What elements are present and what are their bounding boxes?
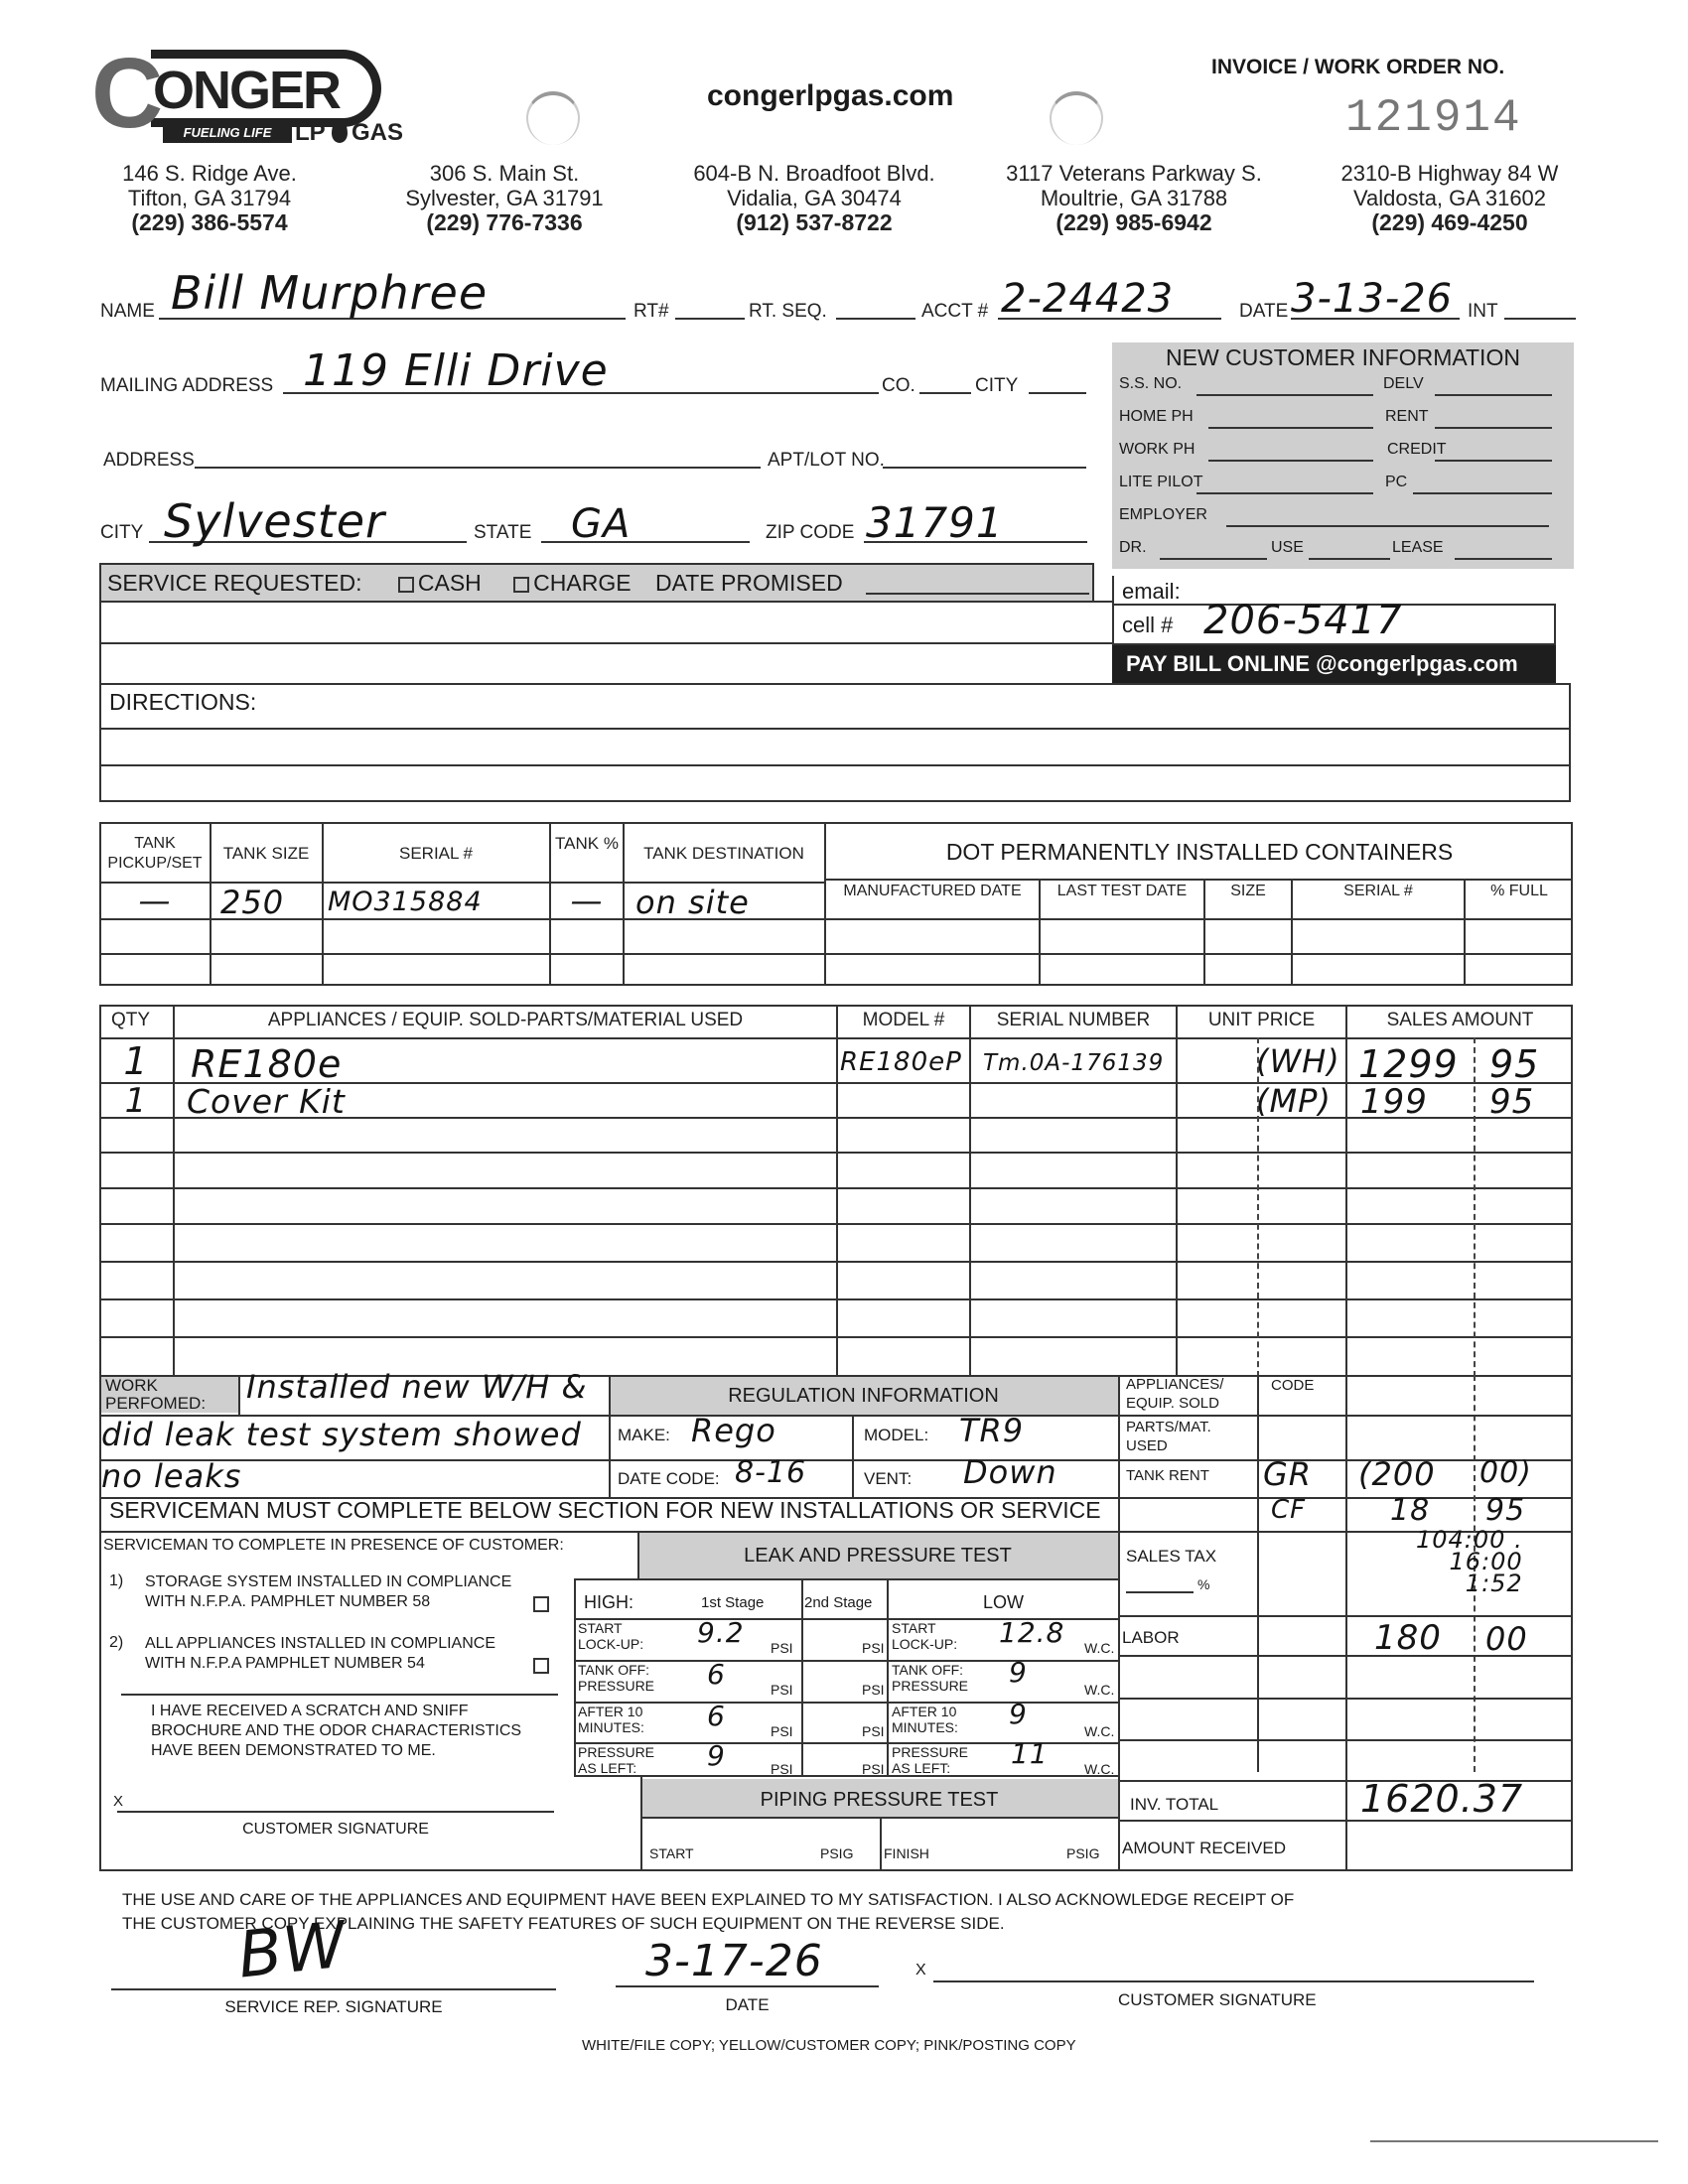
unit-price-header: UNIT PRICE xyxy=(1178,1010,1345,1031)
divider xyxy=(836,1005,838,1377)
divider xyxy=(173,1005,175,1377)
zip-field[interactable]: 31791 xyxy=(866,498,1004,547)
serviceman-notice: SERVICEMAN MUST COMPLETE BELOW SECTION F… xyxy=(109,1497,1101,1524)
location-sylvester: 306 S. Main St. Sylvester, GA 31791 (229… xyxy=(385,161,624,235)
as-left-low-label: PRESSURE AS LEFT: xyxy=(892,1744,981,1776)
lite-pilot-label: LITE PILOT xyxy=(1119,474,1202,491)
city-field[interactable]: Sylvester xyxy=(164,494,385,548)
divider xyxy=(969,1005,971,1377)
item-desc[interactable]: RE180e xyxy=(191,1042,342,1086)
sales-amount-header: SALES AMOUNT xyxy=(1347,1010,1573,1031)
tank-pickup-cell[interactable]: — xyxy=(101,882,209,919)
delv-field[interactable] xyxy=(1435,394,1552,396)
location-street: 2310-B Highway 84 W xyxy=(1321,161,1579,186)
divider xyxy=(99,642,1112,644)
location-valdosta: 2310-B Highway 84 W Valdosta, GA 31602 (… xyxy=(1321,161,1579,235)
compliance-title: SERVICEMAN TO COMPLETE IN PRESENCE OF CU… xyxy=(103,1537,564,1555)
logo-gas: GAS xyxy=(352,121,403,145)
pc-label: PC xyxy=(1385,474,1407,491)
service-requested-row: SERVICE REQUESTED: CASH CHARGE DATE PROM… xyxy=(107,570,843,597)
item-model[interactable]: RE180eP xyxy=(840,1047,962,1077)
qty-header: QTY xyxy=(111,1010,150,1031)
use-label: USE xyxy=(1271,539,1304,557)
customer-signature-label: CUSTOMER SIGNATURE xyxy=(1118,1990,1317,2010)
as-left-low[interactable]: 11 xyxy=(1011,1737,1049,1770)
inv-total-label: INV. TOTAL xyxy=(1130,1795,1218,1815)
dr-field[interactable] xyxy=(1160,558,1267,560)
charge-checkbox[interactable] xyxy=(513,577,529,593)
psig-unit: PSIG xyxy=(1066,1845,1099,1861)
work-performed-label: WORK PERFOMED: xyxy=(105,1377,234,1413)
item-qty[interactable]: 1 xyxy=(99,1081,173,1121)
stage1-label: 1st Stage xyxy=(701,1594,764,1611)
after-10-label: AFTER 10 MINUTES: xyxy=(578,1704,677,1735)
conger-logo: C CONGER ONGER FUELING LIFE LP GAS xyxy=(91,42,429,141)
tank-rent-cents[interactable]: 00) xyxy=(1479,1455,1532,1490)
zip-label: ZIP CODE xyxy=(766,522,854,544)
model-header: MODEL # xyxy=(838,1010,969,1031)
piping-start-label: START xyxy=(649,1845,694,1861)
apt-label: APT/LOT NO. xyxy=(768,450,885,472)
logo-tagline: FUELING LIFE xyxy=(163,123,292,143)
cell-label: cell # xyxy=(1122,613,1173,638)
dashed-divider xyxy=(1474,1037,1476,1377)
name-field[interactable]: Bill Murphree xyxy=(171,266,488,320)
dot-serial-header: SERIAL # xyxy=(1293,883,1464,900)
tank-rent-dollars[interactable]: (200 xyxy=(1358,1455,1436,1493)
compliance-item1-num: 1) xyxy=(109,1572,123,1590)
city-label: CITY xyxy=(100,522,143,544)
amount-received-field[interactable] xyxy=(1350,1827,1569,1866)
tank-serial-cell[interactable]: MO315884 xyxy=(328,887,483,917)
rt-seq-label: RT. SEQ. xyxy=(749,301,827,323)
copies-note: WHITE/FILE COPY; YELLOW/CUSTOMER COPY; P… xyxy=(582,2037,1076,2054)
apt-field[interactable] xyxy=(883,467,1086,469)
dot-mfg-date-header: MANUFACTURED DATE xyxy=(826,883,1039,900)
make-field[interactable]: Rego xyxy=(691,1412,776,1449)
tank-off-label: TANK OFF: PRESSURE xyxy=(578,1662,667,1694)
nfpa58-checkbox[interactable] xyxy=(533,1596,549,1612)
state-label: STATE xyxy=(474,522,531,544)
wc-unit: W.C. xyxy=(1084,1682,1114,1698)
code-label: CODE xyxy=(1271,1377,1314,1394)
amount-received-label: AMOUNT RECEIVED xyxy=(1122,1839,1286,1858)
divider xyxy=(121,1694,558,1696)
flame-icon xyxy=(332,119,348,143)
as-left-label: PRESSURE AS LEFT: xyxy=(578,1744,667,1776)
pay-bill-online-link[interactable]: PAY BILL ONLINE @congerlpgas.com xyxy=(1112,645,1556,683)
divider xyxy=(238,1375,240,1415)
invoice-label: INVOICE / WORK ORDER NO. xyxy=(1211,56,1504,79)
logo-wordmark-visible: ONGER xyxy=(153,64,340,117)
after-10-low-label: AFTER 10 MINUTES: xyxy=(892,1704,991,1735)
credit-label: CREDIT xyxy=(1387,441,1447,459)
service-rep-label: SERVICE REP. SIGNATURE xyxy=(111,1997,556,2017)
binder-hole-icon xyxy=(526,91,580,145)
service-rep-signature[interactable]: BW xyxy=(234,1908,350,1992)
wc-unit: W.C. xyxy=(1084,1640,1114,1656)
item-unit-price[interactable]: (WH) xyxy=(1256,1042,1340,1080)
serial-header: SERIAL NUMBER xyxy=(971,1010,1176,1031)
acct-label: ACCT # xyxy=(921,301,988,323)
scan-edge-line xyxy=(1370,2140,1658,2142)
scratch-sniff-text: I HAVE RECEIVED A SCRATCH AND SNIFF BROC… xyxy=(151,1702,560,1761)
home-ph-field[interactable] xyxy=(1208,427,1373,429)
tank-off-low-label: TANK OFF: PRESSURE xyxy=(892,1662,981,1694)
location-city: Vidalia, GA 30474 xyxy=(675,186,953,210)
address-label: ADDRESS xyxy=(103,450,195,472)
divider xyxy=(1118,1698,1573,1700)
item-unit-price[interactable]: (MP) xyxy=(1256,1082,1332,1120)
divider xyxy=(99,728,1571,730)
rent-label: RENT xyxy=(1385,408,1429,426)
make-label: MAKE: xyxy=(618,1426,670,1445)
cell-field[interactable]: 206-5417 xyxy=(1203,598,1403,643)
piping-title: PIPING PRESSURE TEST xyxy=(640,1789,1118,1812)
invoice-number: 121914 xyxy=(1345,92,1522,144)
item-desc[interactable]: Cover Kit xyxy=(187,1082,346,1121)
item-amount-cents[interactable]: 95 xyxy=(1489,1082,1534,1122)
divider xyxy=(1345,1005,1347,1377)
work-line-2[interactable]: did leak test system showed xyxy=(101,1416,582,1453)
credit-field[interactable] xyxy=(1435,460,1552,462)
tank-serial-header: SERIAL # xyxy=(323,844,549,864)
tank-percent-header: TANK % xyxy=(551,834,623,854)
tank-size-cell[interactable]: 250 xyxy=(220,884,284,921)
divider xyxy=(99,764,1571,766)
delv-label: DELV xyxy=(1383,375,1424,393)
psi-unit: PSI xyxy=(771,1761,793,1777)
parts-used-label: PARTS/MAT. USED xyxy=(1126,1418,1245,1455)
ss-no-field[interactable] xyxy=(1196,394,1373,396)
vent-label: VENT: xyxy=(864,1469,912,1489)
rt-label: RT# xyxy=(633,301,669,323)
cf-dollars[interactable]: 18 xyxy=(1390,1493,1430,1528)
divider xyxy=(99,918,1573,920)
city-short-field[interactable] xyxy=(1029,392,1086,394)
binder-hole-icon xyxy=(1050,91,1103,145)
cash-label: CASH xyxy=(418,570,482,596)
wc-unit: W.C. xyxy=(1084,1723,1114,1739)
location-street: 604-B N. Broadfoot Blvd. xyxy=(675,161,953,186)
item-amount-dollars[interactable]: 199 xyxy=(1360,1082,1428,1122)
sales-tax-pct-field[interactable] xyxy=(1126,1591,1194,1593)
divider xyxy=(1118,1739,1573,1741)
work-ph-field[interactable] xyxy=(1208,460,1373,462)
leak-test-title: LEAK AND PRESSURE TEST xyxy=(637,1545,1118,1568)
inv-total-value[interactable]: 1620.37 xyxy=(1360,1777,1523,1821)
divider xyxy=(880,1817,882,1871)
divider xyxy=(852,1415,854,1497)
signature-x: X xyxy=(915,1962,926,1979)
divider xyxy=(1118,1415,1573,1417)
footer-date-field[interactable]: 3-17-26 xyxy=(645,1936,823,1986)
location-phone: (229) 386-5574 xyxy=(131,209,287,235)
directions-label: DIRECTIONS: xyxy=(109,689,256,716)
divider xyxy=(824,879,1573,881)
new-customer-panel: NEW CUSTOMER INFORMATION S.S. NO. DELV H… xyxy=(1112,342,1574,569)
state-field[interactable]: GA xyxy=(571,501,631,547)
date-promised-label: DATE PROMISED xyxy=(655,570,843,596)
compliance-item1: STORAGE SYSTEM INSTALLED IN COMPLIANCE W… xyxy=(145,1572,542,1612)
compliance-item2-num: 2) xyxy=(109,1634,123,1652)
as-left-high[interactable]: 9 xyxy=(707,1739,726,1772)
psi-unit: PSI xyxy=(862,1723,885,1739)
lease-field[interactable] xyxy=(1455,558,1552,560)
location-city: Valdosta, GA 31602 xyxy=(1321,186,1579,210)
charge-label: CHARGE xyxy=(533,570,631,596)
location-phone: (229) 469-4250 xyxy=(1371,209,1527,235)
sales-tax-pct-label: % xyxy=(1197,1576,1209,1592)
psi-unit: PSI xyxy=(771,1682,793,1698)
psi-unit: PSI xyxy=(862,1640,885,1656)
acct-field[interactable]: 2-24423 xyxy=(1001,276,1174,322)
rent-field[interactable] xyxy=(1435,427,1552,429)
cash-checkbox[interactable] xyxy=(398,577,414,593)
name-label: NAME xyxy=(100,301,155,323)
tank-destination-header: TANK DESTINATION xyxy=(624,844,824,864)
date-code-label: DATE CODE: xyxy=(618,1469,720,1489)
dot-title: DOT PERMANENTLY INSTALLED CONTAINERS xyxy=(826,839,1573,866)
service-requested-label: SERVICE REQUESTED: xyxy=(107,570,361,596)
start-lockup-label: START LOCK-UP: xyxy=(578,1620,667,1652)
location-street: 146 S. Ridge Ave. xyxy=(95,161,324,186)
employer-field[interactable] xyxy=(1226,525,1549,527)
cf-cents[interactable]: 95 xyxy=(1485,1493,1525,1528)
co-field[interactable] xyxy=(919,392,971,394)
after-10-low[interactable]: 9 xyxy=(1009,1698,1028,1730)
divider xyxy=(1118,1375,1120,1871)
regulation-title: REGULATION INFORMATION xyxy=(609,1385,1118,1408)
tank-destination-cell[interactable]: on site xyxy=(635,884,750,921)
labor-dollars[interactable]: 180 xyxy=(1374,1618,1442,1658)
footer-date-line xyxy=(616,1985,879,1987)
location-phone: (229) 776-7336 xyxy=(426,209,582,235)
divider xyxy=(1118,1655,1573,1657)
location-tifton: 146 S. Ridge Ave. Tifton, GA 31794 (229)… xyxy=(95,161,324,235)
date-label: DATE xyxy=(1239,301,1288,323)
mailing-address-field[interactable]: 119 Elli Drive xyxy=(303,345,609,396)
location-street: 306 S. Main St. xyxy=(385,161,624,186)
logo-lp: LP xyxy=(295,121,326,145)
compliance-customer-signature-field[interactable] xyxy=(117,1811,554,1813)
tank-off-high[interactable]: 6 xyxy=(707,1658,726,1691)
location-phone: (229) 985-6942 xyxy=(1055,209,1211,235)
sales-tax-calc[interactable]: 104:00 . 16:00 1:52 xyxy=(1416,1529,1523,1594)
location-vidalia: 604-B N. Broadfoot Blvd. Vidalia, GA 304… xyxy=(675,161,953,235)
labor-cents[interactable]: 00 xyxy=(1485,1620,1528,1658)
dr-label: DR. xyxy=(1119,539,1147,557)
use-field[interactable] xyxy=(1309,558,1390,560)
divider xyxy=(1257,1375,1259,1772)
service-rep-signature-line xyxy=(111,1988,556,1990)
appliances-sold-label: APPLIANCES/ EQUIP. SOLD xyxy=(1126,1375,1255,1413)
date-promised-field[interactable] xyxy=(866,593,1089,595)
desc-header: APPLIANCES / EQUIP. SOLD-PARTS/MATERIAL … xyxy=(175,1010,836,1031)
pc-field[interactable] xyxy=(1413,492,1552,494)
psi-unit: PSI xyxy=(862,1761,885,1777)
work-line-1[interactable]: Installed new W/H & xyxy=(246,1368,587,1406)
directions-box[interactable] xyxy=(99,683,1571,802)
footer-date-label: DATE xyxy=(616,1995,879,2015)
work-ph-label: WORK PH xyxy=(1119,441,1195,459)
lite-pilot-field[interactable] xyxy=(1196,492,1373,494)
new-customer-title: NEW CUSTOMER INFORMATION xyxy=(1112,344,1574,371)
wc-unit: W.C. xyxy=(1084,1761,1114,1777)
stage2-label: 2nd Stage xyxy=(804,1594,872,1611)
labor-label: LABOR xyxy=(1122,1628,1180,1648)
start-lockup-low[interactable]: 12.8 xyxy=(999,1616,1064,1649)
divider xyxy=(1176,1005,1178,1377)
compliance-customer-signature-label: CUSTOMER SIGNATURE xyxy=(117,1821,554,1839)
work-line-3[interactable]: no leaks xyxy=(101,1457,241,1495)
tank-size-header: TANK SIZE xyxy=(211,844,322,864)
int-field[interactable] xyxy=(1504,318,1576,320)
psi-unit: PSI xyxy=(771,1640,793,1656)
co-label: CO. xyxy=(882,375,915,397)
date-field[interactable]: 3-13-26 xyxy=(1291,276,1453,322)
location-moultrie: 3117 Veterans Parkway S. Moultrie, GA 31… xyxy=(990,161,1278,235)
divider xyxy=(1118,1615,1573,1617)
location-city: Sylvester, GA 31791 xyxy=(385,186,624,210)
city-short-label: CITY xyxy=(975,375,1018,397)
sales-tax-label: SALES TAX xyxy=(1126,1547,1216,1567)
divider xyxy=(801,1578,803,1777)
tank-rent-code[interactable]: GR xyxy=(1263,1455,1312,1493)
rt-field[interactable] xyxy=(675,318,745,320)
vent-field[interactable]: Down xyxy=(963,1453,1057,1491)
item-amount-cents[interactable]: 95 xyxy=(1489,1042,1539,1086)
psig-unit: PSIG xyxy=(820,1845,853,1861)
compliance-item2: ALL APPLIANCES INSTALLED IN COMPLIANCE W… xyxy=(145,1634,532,1674)
location-phone: (912) 537-8722 xyxy=(736,209,892,235)
model-label: MODEL: xyxy=(864,1426,928,1445)
lease-label: LEASE xyxy=(1392,539,1444,557)
tank-percent-cell[interactable]: — xyxy=(551,882,623,919)
location-city: Moultrie, GA 31788 xyxy=(990,186,1278,210)
item-qty[interactable]: 1 xyxy=(99,1039,173,1083)
nfpa54-checkbox[interactable] xyxy=(533,1658,549,1674)
address-field[interactable] xyxy=(195,467,761,469)
tank-pickup-header: TANK PICKUP/SET xyxy=(101,834,209,874)
tank-off-low[interactable]: 9 xyxy=(1009,1656,1028,1689)
cf-code[interactable]: CF xyxy=(1271,1495,1306,1525)
date-code-field[interactable]: 8-16 xyxy=(735,1455,806,1490)
high-label: HIGH: xyxy=(584,1592,633,1613)
psi-unit: PSI xyxy=(862,1682,885,1698)
tank-rent-label: TANK RENT xyxy=(1126,1467,1209,1484)
email-label: email: xyxy=(1122,579,1181,605)
model-field[interactable]: TR9 xyxy=(959,1412,1024,1449)
divider xyxy=(1118,1820,1573,1822)
divider xyxy=(99,953,1573,955)
dot-last-test-header: LAST TEST DATE xyxy=(1041,883,1203,900)
rt-seq-field[interactable] xyxy=(836,318,915,320)
after-10-high[interactable]: 6 xyxy=(707,1700,726,1732)
sales-tax-line: 1:52 xyxy=(1416,1572,1523,1594)
int-label: INT xyxy=(1468,301,1498,323)
psi-unit: PSI xyxy=(771,1723,793,1739)
item-serial[interactable]: Tm.0A-176139 xyxy=(983,1050,1164,1076)
mailing-address-label: MAILING ADDRESS xyxy=(100,375,273,397)
ss-no-label: S.S. NO. xyxy=(1119,375,1182,393)
website: congerlpgas.com xyxy=(707,79,953,113)
location-street: 3117 Veterans Parkway S. xyxy=(990,161,1278,186)
piping-finish-label: FINISH xyxy=(884,1845,929,1861)
dot-size-header: SIZE xyxy=(1205,883,1291,900)
start-lockup-high[interactable]: 9.2 xyxy=(697,1616,745,1649)
low-label: LOW xyxy=(889,1592,1118,1613)
employer-label: EMPLOYER xyxy=(1119,506,1207,524)
home-ph-label: HOME PH xyxy=(1119,408,1194,426)
item-amount-dollars[interactable]: 1299 xyxy=(1358,1042,1459,1086)
customer-signature-field[interactable] xyxy=(933,1980,1534,1982)
start-lockup-low-label: START LOCK-UP: xyxy=(892,1620,981,1652)
dot-full-header: % FULL xyxy=(1466,883,1573,900)
location-city: Tifton, GA 31794 xyxy=(95,186,324,210)
signature-x: X xyxy=(113,1793,123,1810)
divider xyxy=(1345,1375,1347,1871)
